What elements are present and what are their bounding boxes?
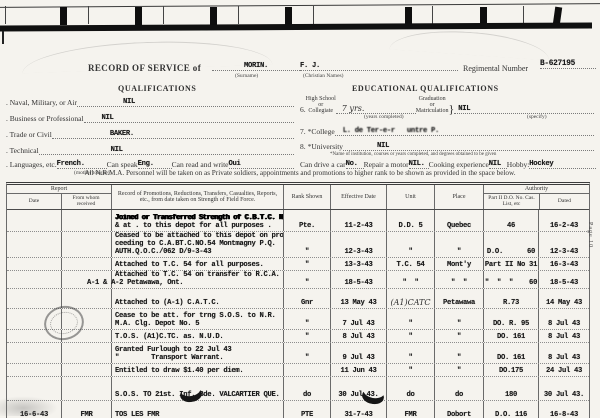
table-row: Joined or Transferred Strength of C.B.T.… (7, 210, 589, 232)
table-row: T.O.S. (A1)C.TC. as. N.U.D. " 8 Jul 43 "… (7, 330, 589, 343)
cell-authority: 46 (483, 210, 538, 231)
cell-rank: do (283, 377, 330, 400)
cell-from (61, 364, 111, 376)
table-row: Entitled to draw $1.40 per diem. 11 Jun … (7, 364, 589, 377)
cell-place: " (434, 309, 483, 329)
cell-unit: FMR (386, 401, 434, 418)
highschool-label: High SchoolorCollegiate (306, 96, 336, 114)
col-record: Record of Promotions, Reductions, Transf… (111, 185, 283, 209)
cell-dated: 8 Jul 43 (538, 343, 589, 363)
christian-names-value: F. J. (300, 62, 320, 70)
cell-date (7, 364, 61, 376)
naval-value: NIL (123, 98, 135, 106)
col-dated: Dated (539, 194, 589, 209)
cooking-value: NIL (489, 160, 501, 168)
cell-rank: PTE (283, 401, 330, 418)
business-value: NIL (102, 114, 114, 122)
scanned-record-of-service: RECORD OF SERVICE of MORIN. (Surname) F.… (0, 0, 600, 418)
pencil-smudge (0, 396, 58, 416)
read-write-value: Oui (229, 160, 241, 168)
col-unit: Unit (386, 185, 434, 209)
cell-date (7, 289, 61, 308)
table-header: Report Date From whom received Record of… (7, 185, 589, 210)
cell-authority: Part II No 31 (483, 258, 538, 270)
nrma-notice: All N.R.M.A. Personnel will be taken on … (0, 169, 600, 177)
cell-record: TOS LES FMR (111, 401, 283, 418)
surname-value: MORIN. (244, 62, 268, 70)
qual-row-languages: . Languages, etc. French. Can speak Eng.… (6, 157, 294, 169)
cell-place: Petawawa (434, 289, 483, 308)
cell-place: Mont'y (434, 258, 483, 270)
cell-unit: " " (386, 271, 434, 288)
cell-record: T.O.S. (A1)C.TC. as. N.U.D. (111, 330, 283, 342)
col-from-whom: From whom received (61, 194, 110, 209)
cell-place: " (434, 364, 483, 376)
cell-unit: D.D. 5 (386, 210, 434, 231)
cell-record: Granted Furlough to 22 Jul 43 " Transpor… (111, 343, 283, 363)
cell-unit: " (386, 309, 434, 329)
cell-effective: 9 Jul 43 (330, 343, 386, 363)
cell-dated: 16-8-43 (538, 401, 589, 418)
cell-place: " (434, 330, 483, 342)
cell-dated: 14 May 43 (538, 289, 589, 308)
qualifications-title: QUALIFICATIONS (118, 84, 197, 93)
specify-caption: (specify) (527, 114, 547, 120)
cell-date (7, 210, 61, 231)
edu-row-college: 7. *College L. de Ter-e-r untre P. (300, 124, 594, 136)
cell-rank: " (283, 271, 330, 288)
cell-record: Ceased to be attached to this depot on p… (111, 232, 283, 257)
cell-from: FMR (61, 401, 111, 418)
hobby-value: Hockey (529, 160, 553, 168)
cell-rank: Gnr (283, 289, 330, 308)
cell-effective: 11 Jun 43 (330, 364, 386, 376)
cell-authority: DO.175 (483, 364, 538, 376)
cell-unit: " (386, 330, 434, 342)
cell-unit: " (386, 232, 434, 257)
cell-effective: 13 May 43 (330, 289, 386, 308)
cell-from (61, 210, 111, 231)
cell-record: Cease to be att. for trng S.O.S. to N.R.… (111, 309, 283, 329)
edu-row-university: 8. *University NIL (300, 139, 594, 151)
col-effective-date: Effective Date (330, 185, 386, 209)
table-row: Granted Furlough to 22 Jul 43 " Transpor… (7, 343, 589, 364)
cell-from (61, 377, 111, 400)
margin-page-note: Page 10 (587, 222, 593, 248)
cell-unit: " (386, 364, 434, 376)
cell-date (7, 258, 61, 270)
can-speak-value: Eng. (138, 160, 154, 168)
table-row: Attached to T.C. 54 on transfer to R.C.A… (7, 271, 589, 289)
cell-rank: " (283, 232, 330, 257)
report-group: Report Date From whom received (7, 185, 111, 209)
cell-date (7, 232, 61, 257)
edu-row-highschool: 6. High SchoolorCollegiate 7 yrs. Gradua… (300, 94, 594, 114)
cell-dated: 8 Jul 43 (538, 309, 589, 329)
cell-place: Quebec (434, 210, 483, 231)
regimental-number-value: B-627195 (540, 60, 575, 68)
remnant-top-line (0, 3, 600, 8)
table-row: Attached to T.C. 54 for all purposes. " … (7, 258, 589, 271)
qual-row-technical: . Technical NIL (6, 143, 294, 155)
cell-authority: R.73 (483, 289, 538, 308)
languages-value: French. (57, 160, 85, 168)
cell-place: " (434, 343, 483, 363)
table-row: 16-6-43 FMR TOS LES FMR PTE 31-7-43 FMR … (7, 401, 589, 418)
cell-effective: 12-3-43 (330, 232, 386, 257)
cell-authority: D.O. 60 (483, 232, 538, 257)
university-value: NIL (377, 142, 389, 150)
cell-record: Entitled to draw $1.40 per diem. (111, 364, 283, 376)
cell-date (7, 343, 61, 363)
cell-from (61, 343, 111, 363)
cell-record: Attached to T.C. 54 for all purposes. (111, 258, 283, 270)
authority-group: Authority Part II D.O. No. Cas. List, et… (483, 185, 589, 209)
cell-dated: 18-5-43 (538, 271, 589, 288)
margin-tick (2, 31, 4, 44)
col-place: Place (434, 185, 483, 209)
years-completed-caption: (years completed) (364, 114, 404, 120)
repair-value: NIL. (409, 160, 425, 168)
edu-row-extras: Can drive a car No. Repair a motor NIL. … (300, 157, 596, 169)
cell-unit: (A1)CATC (386, 289, 434, 308)
cell-rank: " (283, 343, 330, 363)
technical-value: NIL (111, 146, 123, 154)
surname-caption: (Surname) (235, 73, 258, 79)
cell-from (61, 258, 111, 270)
highschool-value: 7 yrs. (342, 104, 365, 113)
col-date: Date (7, 194, 61, 209)
cell-effective: 13-3-43 (330, 258, 386, 270)
cell-dated: 16-3-43 (538, 258, 589, 270)
cell-effective: 11-2-43 (330, 210, 386, 231)
col-rank: Rank Shown (283, 185, 330, 209)
qual-row-naval: . Naval, Military, or Air NIL (6, 95, 294, 107)
cell-effective: 18-5-43 (330, 271, 386, 288)
cell-rank: " (283, 309, 330, 329)
cell-dated: 8 Jul 43 (538, 330, 589, 342)
table-row: Ceased to be attached to this depot on p… (7, 232, 589, 258)
regimental-number-label: Regimental Number (463, 64, 528, 73)
cell-authority: 180 (483, 377, 538, 400)
cell-authority: DO. 161 (483, 330, 538, 342)
cell-dated: 30 Jul 43. (538, 377, 589, 400)
cell-effective: 7 Jul 43 (330, 309, 386, 329)
cell-rank: Pte. (283, 210, 330, 231)
form-title: RECORD OF SERVICE of (88, 63, 201, 73)
cell-rank (283, 364, 330, 376)
qual-row-trade: . Trade or Civil BAKER. (6, 127, 294, 139)
col-part2: Part II D.O. No. Cas. List, etc (484, 194, 539, 209)
christian-names-caption: (Christian Names) (303, 73, 343, 79)
cell-unit: T.C. 54 (386, 258, 434, 270)
cell-authority: " " " 60 (483, 271, 538, 288)
cell-rank: " (283, 258, 330, 270)
service-table: Report Date From whom received Record of… (6, 182, 590, 418)
cell-record: Attached to (A-1) C.A.T.C. (111, 289, 283, 308)
drive-value: No. (346, 160, 358, 168)
cell-authority: DO. R. 95 (483, 309, 538, 329)
graduation-label: GraduationorMatriculation (416, 96, 449, 114)
cell-authority: D.O. 116 (483, 401, 538, 418)
cell-date (7, 271, 61, 288)
college-value: L. de Ter-e-r untre P. (343, 127, 439, 135)
cell-effective: 8 Jul 43 (330, 330, 386, 342)
table-row: Cease to be att. for trng S.O.S. to N.R.… (7, 309, 589, 330)
graduation-value: NIL (458, 105, 470, 113)
cell-dated: 16-2-43 (538, 210, 589, 231)
cell-authority: DO. 161 (483, 343, 538, 363)
cell-record: Attached to T.C. 54 on transfer to R.C.A… (111, 271, 283, 288)
cell-rank: " (283, 330, 330, 342)
cell-unit: " (386, 343, 434, 363)
qual-row-business: . Business or Professional NIL (6, 111, 294, 123)
cell-unit: do (386, 377, 434, 400)
cell-dated: 12-3-43 (538, 232, 589, 257)
educational-qualifications-title: EDUCATIONAL QUALIFICATIONS (352, 84, 499, 93)
cell-place: do (434, 377, 483, 400)
cell-place: " " (434, 271, 483, 288)
trade-value: BAKER. (110, 130, 134, 138)
table-row: Attached to (A-1) C.A.T.C. Gnr 13 May 43… (7, 289, 589, 309)
cell-from (61, 232, 111, 257)
cell-place: Dobort (434, 401, 483, 418)
cell-dated: 24 Jul 43 (538, 364, 589, 376)
table-row: S.O.S. TO 21st. Inf. Bde. VALCARTIER QUE… (7, 377, 589, 401)
cell-record: Joined or Transferred Strength of C.B.T.… (111, 210, 283, 231)
cell-place: " (434, 232, 483, 257)
